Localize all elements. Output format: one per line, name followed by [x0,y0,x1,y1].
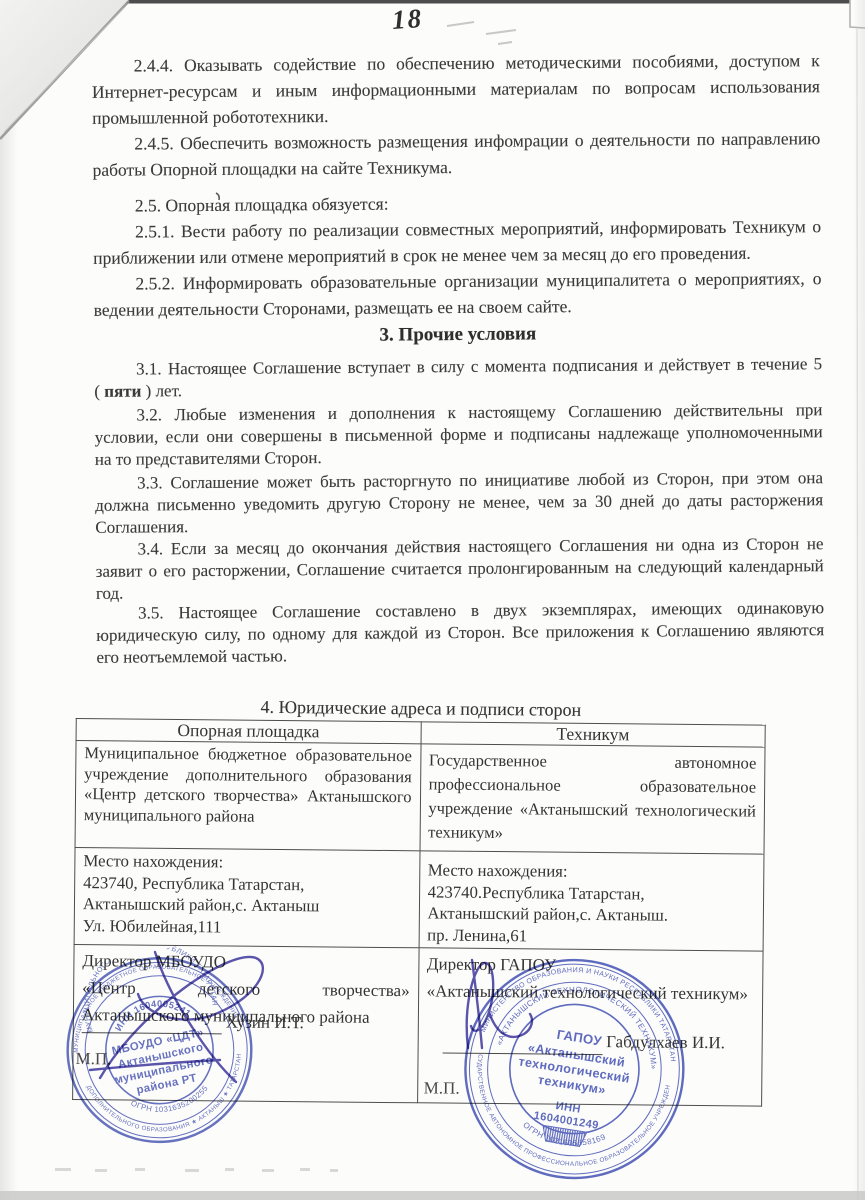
bottom-scan-band [0,1191,865,1200]
address-line: Актанышский район,с. Актаныш. [427,902,755,927]
paragraph-2-4-4: 2.4.4. Оказывать содействие по обеспечен… [92,47,821,131]
address-line: Актанышский район,с. Актаныш [83,893,411,918]
paragraph-3-2: 3.2. Любые изменения и дополнения к наст… [94,399,822,471]
organization-left: Муниципальное бюджетное образовательное … [75,741,421,851]
address-line: 423740.Республика Татарстан, [428,881,756,906]
bold-word: пяти [104,381,141,400]
organization-right: Государственное автономное профессиональ… [420,744,766,854]
text-fragment: ) лет. [141,381,182,400]
address-left: Место нахождения: 423740, Республика Тат… [74,847,419,947]
word: творчества» [322,976,410,1004]
text-line: работы Опорной площадки на сайте Технику… [92,151,820,183]
left-org-stamp: МУНИЦИПАЛЬНОЕ БЮДЖЕТНОЕ ОБРАЗОВАТЕЛЬНОЕ … [43,934,277,1171]
document-body: 2.4.4. Оказывать содействие по обеспечен… [91,0,824,703]
right-org-stamp: МИНИСТЕРСТВО ОБРАЗОВАНИЯ И НАУКИ РЕСПУБЛ… [441,936,707,1200]
paragraph-2-4-5: 2.4.5. Обеспечить возможность размещения… [92,125,820,183]
text-line: его неотъемлемой частью. [96,641,824,669]
right-edge-shading [853,0,865,1200]
text-fragment: ( [94,382,104,401]
scanned-document-page: 18 2.4.4. Оказывать содействие по обеспе… [0,0,865,1200]
paragraph-3-1: 3.1. Настоящее Соглашение вступает в сил… [94,353,822,403]
text-line: на то представителями Сторон. [95,443,823,471]
address-line: 423740, Республика Татарстан, [83,872,411,897]
address-row: Место нахождения: 423740, Республика Тат… [74,847,764,951]
text-line: ведении деятельности Сторонами, размещат… [94,291,822,323]
bottom-dashes [55,1168,338,1172]
organization-row: Муниципальное бюджетное образовательное … [75,741,765,855]
address-line: Ул. Юбилейная,111 [83,915,411,940]
paragraph-3-4: 3.4. Если за месяц до окончания действия… [95,533,823,605]
stamp-ring-text: МИНИСТЕРСТВО ОБРАЗОВАНИЯ И НАУКИ РЕСПУБЛ… [480,953,689,1063]
address-line: Место нахождения: [428,853,756,884]
paragraph-3-3: 3.3. Соглашение может быть расторгнуто п… [95,467,823,539]
paragraph-2-5-1: 2.5.1. Вести работу по реализации совмес… [93,213,821,271]
address-line: Место нахождения: [83,850,411,875]
address-right: Место нахождения: 423740.Республика Тата… [419,851,764,951]
paragraph-2-5-2: 2.5.2. Информировать образовательные орг… [93,265,821,323]
left-edge-shading [0,0,18,1200]
section-heading: 3. Прочие условия [94,321,822,349]
paragraph-3-5: 3.5. Настоящее Соглашение составлено в д… [96,597,824,669]
